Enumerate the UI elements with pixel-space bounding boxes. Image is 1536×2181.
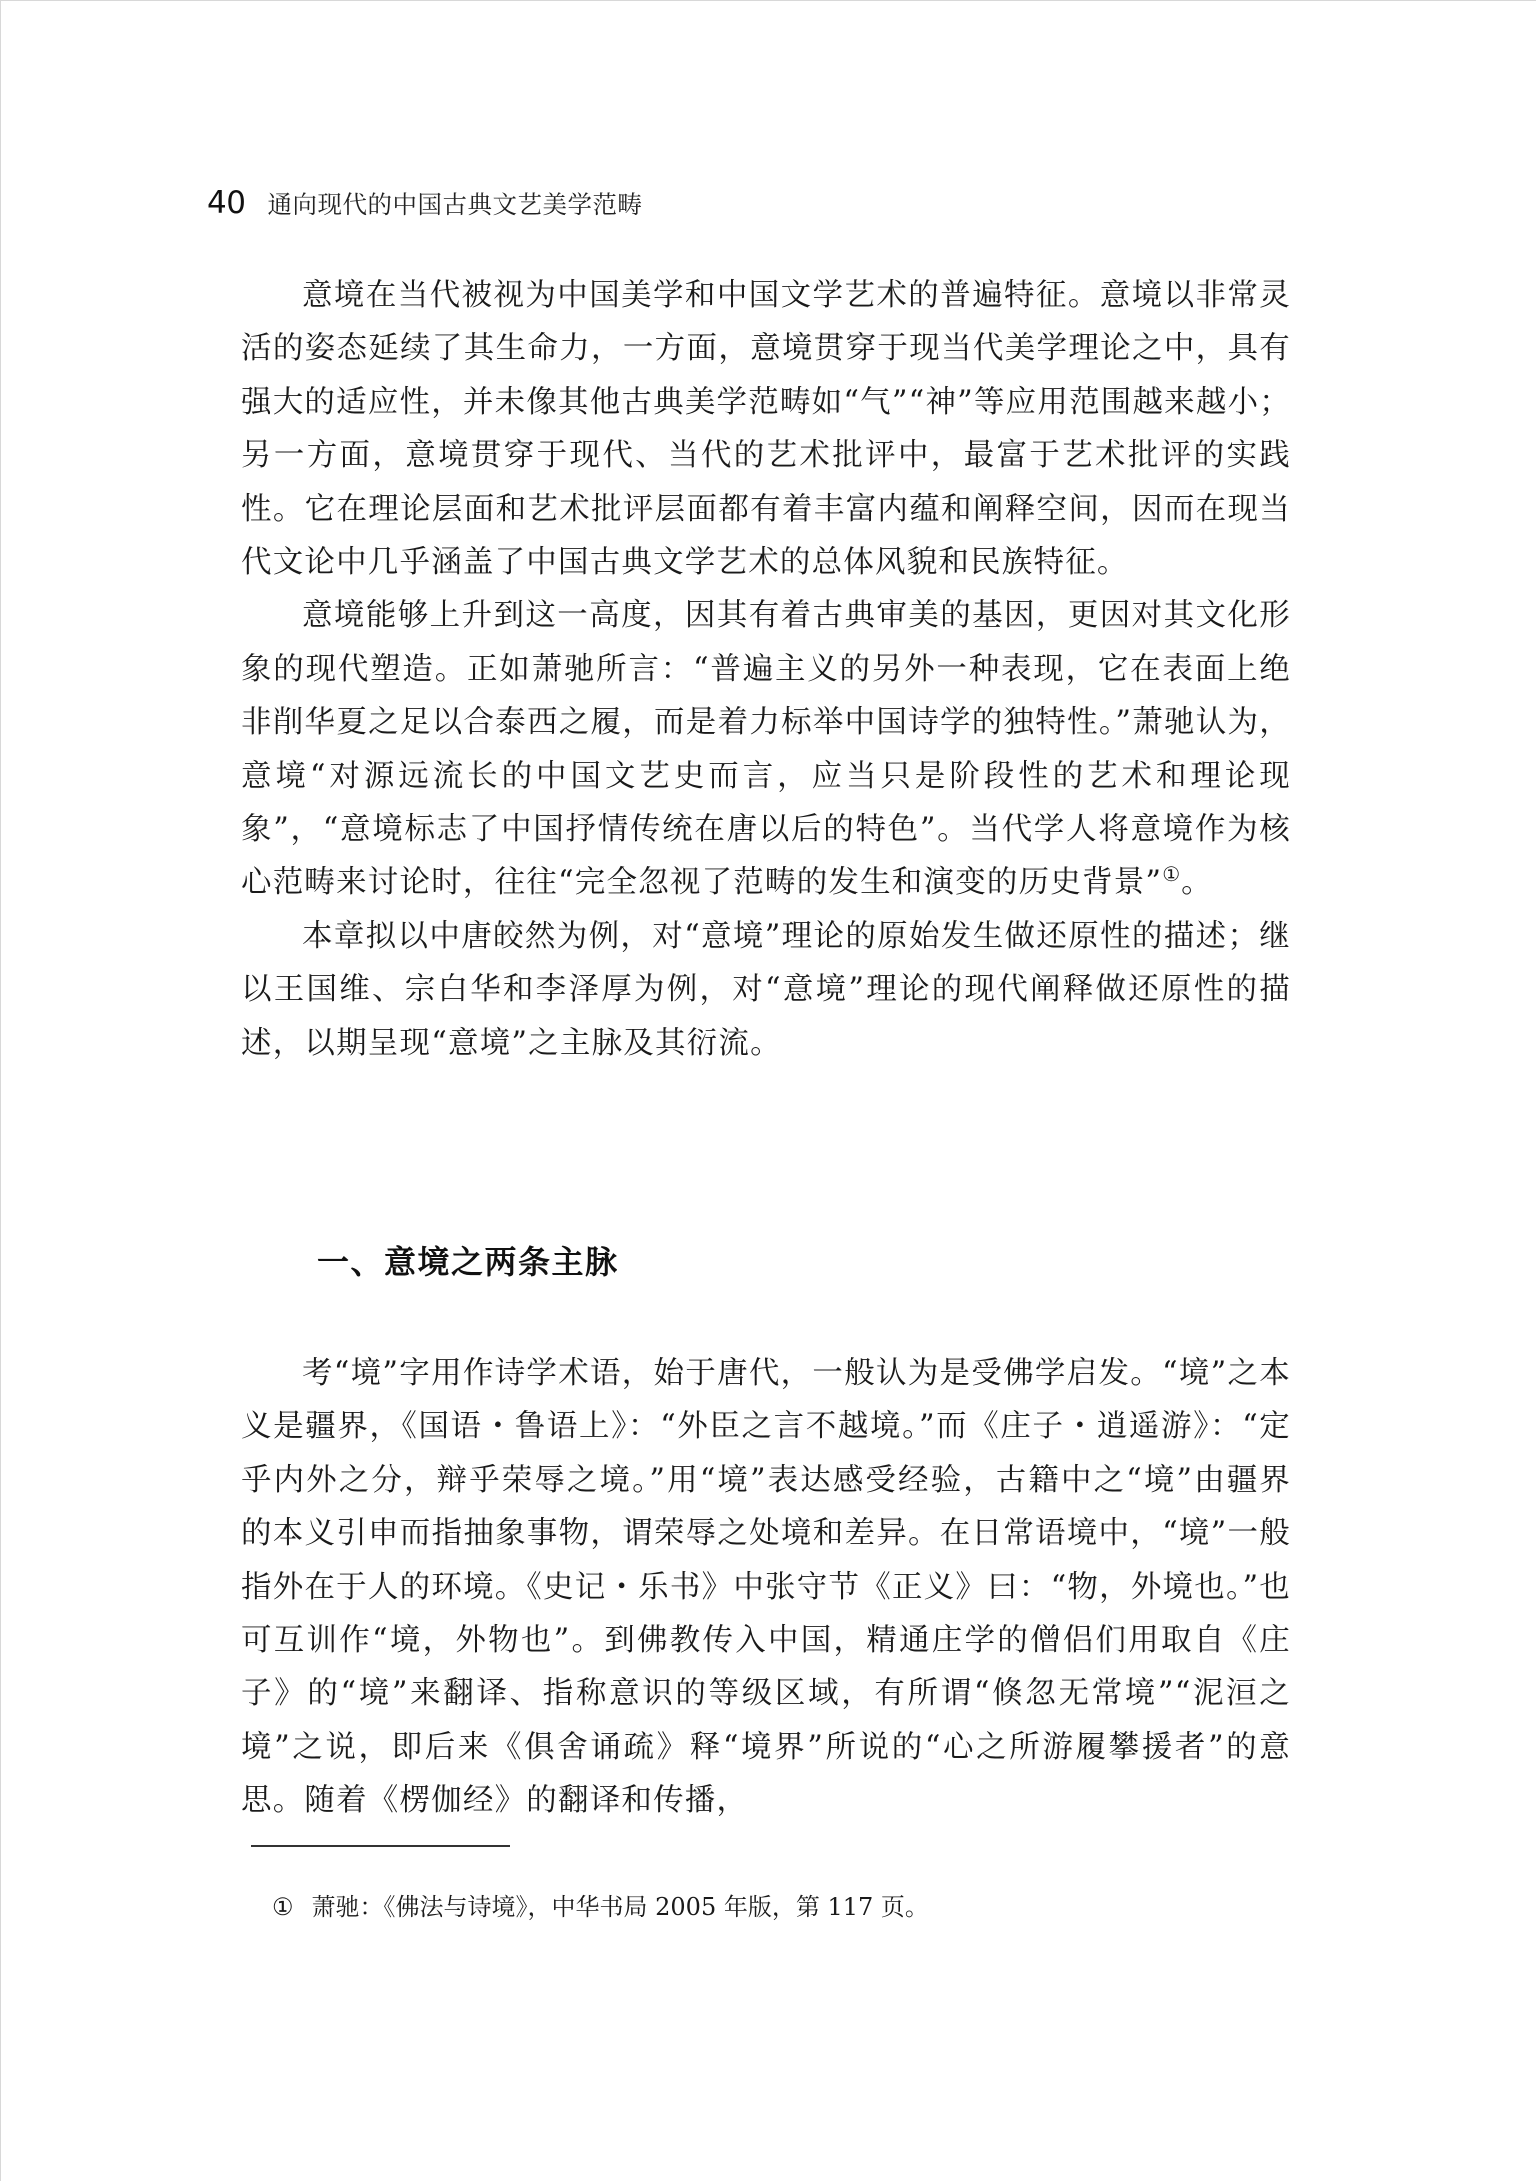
paragraph: 本章拟以中唐皎然为例，对“意境”理论的原始发生做还原性的描述；继以王国维、宗白华… (241, 910, 1291, 1070)
footnote-divider (251, 1845, 510, 1847)
section-heading: 一、意境之两条主脉 (317, 1237, 619, 1283)
footnote-reference[interactable]: ① (1162, 863, 1181, 886)
section-body: 考“境”字用作诗学术语，始于唐代，一般认为是受佛学启发。“境”之本义是疆界，《国… (241, 1347, 1291, 1828)
running-title: 通向现代的中国古典文艺美学范畴 (267, 186, 642, 221)
paragraph-with-footnote: 意境能够上升到这一高度，因其有着古典审美的基因，更因对其文化形象的现代塑造。正如… (241, 589, 1291, 909)
footnote: ① 萧驰：《佛法与诗境》，中华书局 2005 年版，第 117 页。 (272, 1887, 929, 1922)
paragraph: 意境在当代被视为中国美学和中国文学艺术的普遍特征。意境以非常灵活的姿态延续了其生… (241, 269, 1291, 589)
paragraph-end-punct: 。 (1181, 865, 1213, 900)
intro-body: 意境在当代被视为中国美学和中国文学艺术的普遍特征。意境以非常灵活的姿态延续了其生… (241, 269, 1291, 1070)
paragraph-text: 意境能够上升到这一高度，因其有着古典审美的基因，更因对其文化形象的现代塑造。正如… (241, 598, 1291, 900)
paragraph: 考“境”字用作诗学术语，始于唐代，一般认为是受佛学启发。“境”之本义是疆界，《国… (241, 1347, 1291, 1828)
page-number: 40 (207, 185, 245, 221)
page-header: 40 通向现代的中国古典文艺美学范畴 (207, 185, 642, 225)
footnote-text: 萧驰：《佛法与诗境》，中华书局 2005 年版，第 117 页。 (312, 1887, 929, 1922)
footnote-marker: ① (272, 1893, 294, 1921)
